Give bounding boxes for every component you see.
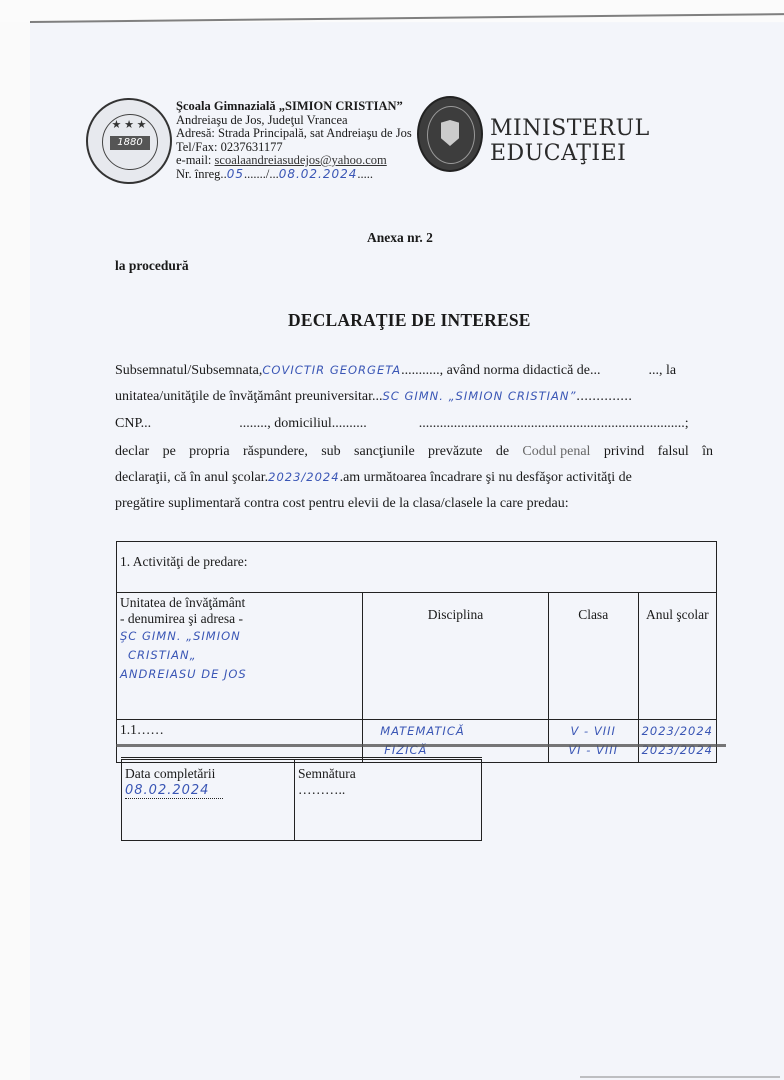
declarant-name-field[interactable]: COVICTIR GEORGETA: [262, 363, 401, 377]
date-label: Data completării: [125, 766, 291, 782]
unit-handwritten-line[interactable]: CRISTIAN„: [120, 646, 359, 665]
signature-table: Data completării 08.02.2024 Semnătura ………: [121, 757, 482, 841]
school-address: Adresă: Strada Principală, sat Andreiaşu…: [176, 127, 412, 141]
table-divider: [116, 744, 726, 747]
school-seal-icon: ★ ★ ★ 1880: [86, 98, 172, 184]
government-seal-icon: [417, 96, 483, 172]
year-header: Anul şcolar: [638, 593, 716, 720]
page-title: DECLARAŢIE DE INTERESE: [288, 310, 531, 331]
registration-line: Nr. înreg..05......./...08.02.2024.....: [176, 168, 412, 182]
dots: ..............: [576, 389, 632, 404]
class-cell[interactable]: V - VIII VI - VIII: [548, 720, 638, 763]
school-location: Andreiaşu de Jos, Judeţul Vrancea: [176, 114, 412, 128]
declaration-word: propria: [189, 444, 229, 460]
unit-field[interactable]: SC GIMN. „SIMION CRISTIAN”: [382, 389, 576, 403]
section-title: 1. Activităţi de predare:: [117, 542, 717, 593]
reg-date: 08.02.2024: [279, 167, 358, 181]
norm-label: ..........., având norma didactică de...: [401, 363, 600, 378]
unit-line: unitatea/unităţile de învăţământ preuniv…: [115, 389, 715, 405]
unit-label: unitatea/unităţile de învăţământ preuniv…: [115, 389, 382, 404]
dots: ........................................…: [419, 416, 689, 431]
annex-label: Anexa nr. 2: [367, 230, 433, 246]
school-year-field[interactable]: 2023/2024: [268, 470, 339, 484]
declaration-word: prevăzute: [428, 444, 482, 460]
email-label: e-mail:: [176, 153, 215, 167]
unit-subheader: - denumirea şi adresa -: [120, 611, 359, 627]
date-cell[interactable]: Data completării 08.02.2024: [122, 759, 295, 841]
declaration-word: Codul penal: [522, 444, 590, 460]
cnp-label: CNP...: [115, 416, 151, 431]
preparation-line: pregătire suplimentară contra cost pentr…: [115, 496, 715, 512]
declaration-word: în: [702, 444, 713, 460]
declaration-word: răspundere,: [243, 444, 308, 460]
reg-number: 05: [227, 167, 244, 181]
reg-label: Nr. înreg.: [176, 167, 224, 181]
class-value: V - VIII: [552, 722, 635, 741]
unit-handwritten-line[interactable]: ANDREIASU DE JOS: [120, 665, 359, 684]
cnp-line: CNP..........., domiciliul..............…: [115, 416, 715, 432]
discipline-header: Disciplina: [363, 593, 549, 720]
signature-value: ………..: [298, 782, 478, 798]
discipline-value: MATEMATICĂ: [366, 722, 545, 741]
declaration-word: privind: [604, 444, 644, 460]
declaration-word: falsul: [658, 444, 689, 460]
unit-header-cell: Unitatea de învăţământ - denumirea şi ad…: [117, 593, 363, 720]
email-link[interactable]: scoalaandreiasudejos@yahoo.com: [215, 153, 387, 167]
school-year-suffix: .am următoarea încadrare şi nu desfăşor …: [340, 470, 632, 485]
seal-year: 1880: [110, 136, 150, 150]
unit-header: Unitatea de învăţământ: [120, 595, 359, 611]
declarant-line: Subsemnatul/Subsemnata,COVICTIR GEORGETA…: [115, 363, 715, 379]
declaration-word: pe: [163, 444, 176, 460]
declaration-word: de: [496, 444, 509, 460]
school-email-line: e-mail: scoalaandreiasudejos@yahoo.com: [176, 154, 412, 168]
teaching-activities-table: 1. Activităţi de predare: Unitatea de în…: [116, 541, 717, 763]
declaration-word: declar: [115, 444, 149, 460]
page-edge-shadow: [580, 1076, 780, 1078]
declaration-word: sub: [321, 444, 340, 460]
line-end: ..., la: [649, 363, 677, 378]
unit-handwritten-line[interactable]: ŞC GIMN. „SIMION: [120, 627, 359, 646]
procedure-label: la procedură: [115, 258, 189, 274]
address-label: ........, domiciliul..........: [239, 416, 367, 431]
school-phone: Tel/Fax: 0237631177: [176, 141, 412, 155]
date-value: 08.02.2024: [125, 783, 223, 799]
school-name: Şcoala Gimnazială „SIMION CRISTIAN”: [176, 100, 412, 114]
seal-stars: ★ ★ ★: [88, 118, 170, 131]
declaration-word: sancţiunile: [354, 444, 415, 460]
scan-margin-left: [0, 22, 31, 1080]
declarant-label: Subsemnatul/Subsemnata,: [115, 363, 262, 378]
class-header: Clasa: [548, 593, 638, 720]
signature-cell[interactable]: Semnătura ………..: [295, 759, 482, 841]
year-cell[interactable]: 2023/2024 2023/2024: [638, 720, 716, 763]
school-year-label: declaraţii, că în anul şcolar.: [115, 470, 268, 485]
ministry-name: MINISTERUL EDUCAŢIEI: [490, 116, 784, 166]
school-year-line: declaraţii, că în anul şcolar.2023/2024.…: [115, 470, 715, 486]
year-value: 2023/2024: [642, 722, 713, 741]
declaration-line: declarpepropriarăspundere,subsancţiunile…: [115, 444, 713, 460]
signature-label: Semnătura: [298, 766, 478, 782]
school-info: Şcoala Gimnazială „SIMION CRISTIAN” Andr…: [176, 100, 412, 181]
